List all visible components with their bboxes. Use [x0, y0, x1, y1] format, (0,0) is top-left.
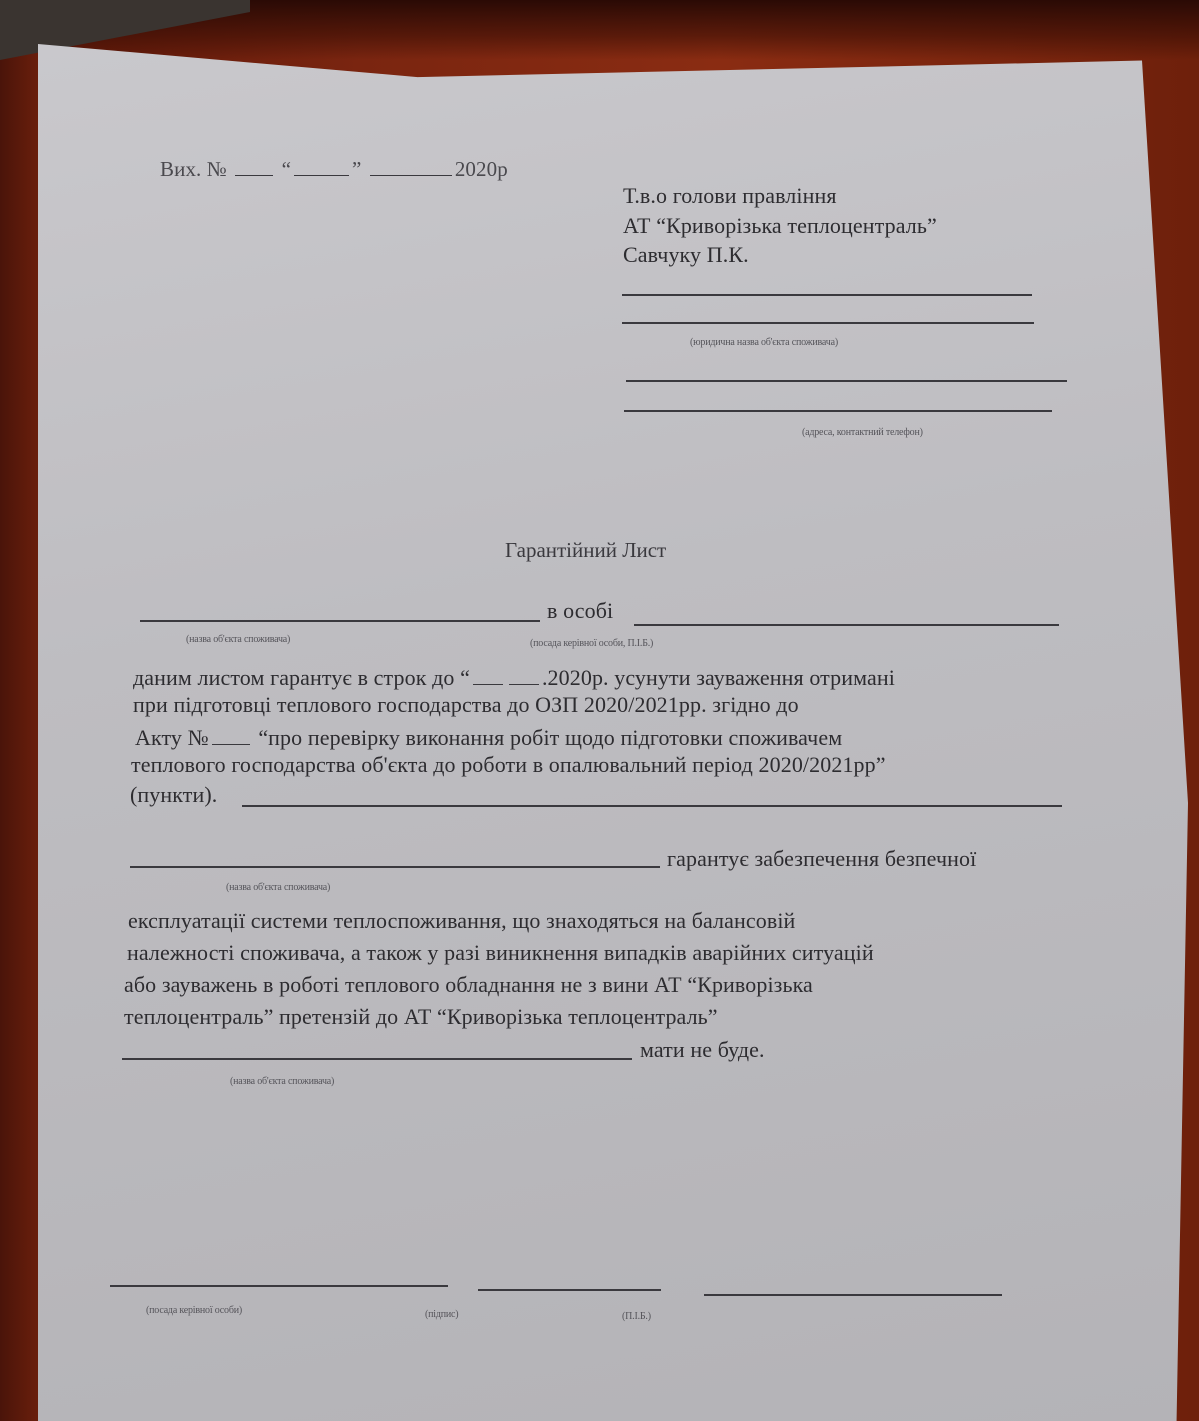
position-signature-hint: (посада керівної особи)	[146, 1305, 242, 1316]
addressee-line-2: АТ “Криворізька теплоцентраль”	[623, 213, 937, 239]
paragraph2-line-3: або зауважень в роботі теплового обладна…	[124, 972, 813, 998]
legal-name-hint: (юридична назва об'єкта споживача)	[690, 337, 838, 348]
object-name-field-3[interactable]	[122, 1058, 632, 1060]
paragraph1-line-1: даним листом гарантує в строк до “.2020р…	[133, 662, 895, 691]
address-hint: (адреса, контактний телефон)	[802, 427, 923, 438]
object-name-field-1[interactable]	[140, 620, 540, 622]
object-name-field-2[interactable]	[130, 866, 660, 868]
paragraph2-line-2: належності споживача, а також у разі вин…	[127, 940, 874, 966]
object-name-hint-3: (назва об'єкта споживача)	[230, 1076, 334, 1087]
legal-name-field-1[interactable]	[622, 294, 1032, 296]
act-number-field[interactable]	[212, 722, 250, 745]
legal-name-field-2[interactable]	[622, 322, 1034, 324]
outgoing-month-field[interactable]	[370, 154, 452, 176]
paragraph1-line-5: (пункти).	[130, 782, 217, 808]
position-signature-field[interactable]	[110, 1285, 448, 1287]
position-name-hint: (посада керівної особи, П.І.Б.)	[530, 638, 653, 649]
full-name-hint: (П.І.Б.)	[622, 1311, 651, 1322]
deadline-day-field[interactable]	[473, 662, 503, 685]
address-field-1[interactable]	[626, 380, 1067, 382]
points-field[interactable]	[242, 805, 1062, 807]
paragraph1-line-4: теплового господарства об'єкта до роботи…	[131, 752, 886, 778]
outgoing-day-field[interactable]	[294, 154, 349, 176]
guarantees-label: гарантує забезпечення безпечної	[667, 846, 976, 872]
desk-edge	[0, 0, 40, 1421]
object-name-hint-1: (назва об'єкта споживача)	[186, 634, 290, 645]
addressee-line-1: Т.в.о голови правління	[623, 183, 837, 209]
deadline-month-field[interactable]	[509, 662, 539, 685]
addressee-line-3: Савчуку П.К.	[623, 242, 749, 268]
object-name-hint-2: (назва об'єкта споживача)	[226, 882, 330, 893]
document-title: Гарантійний Лист	[505, 538, 666, 563]
full-name-field[interactable]	[704, 1294, 1002, 1296]
signature-field[interactable]	[478, 1289, 661, 1291]
signature-hint: (підпис)	[425, 1309, 458, 1320]
paragraph2-line-4: теплоцентраль” претензій до АТ “Криворіз…	[124, 1004, 718, 1030]
outgoing-number-field[interactable]	[235, 154, 273, 176]
paragraph1-line-2: при підготовці теплового господарства до…	[133, 692, 799, 718]
outgoing-year: 2020р	[455, 157, 508, 181]
address-field-2[interactable]	[624, 410, 1052, 412]
outgoing-number-line: Вих. № “” 2020р	[160, 154, 508, 182]
outgoing-label: Вих. №	[160, 157, 227, 181]
paragraph2-line-1: експлуатації системи теплоспоживання, що…	[128, 908, 795, 934]
in-person-label: в особі	[547, 598, 613, 624]
position-name-field[interactable]	[634, 624, 1059, 626]
will-not-have-label: мати не буде.	[640, 1037, 765, 1063]
paragraph1-line-3: Акту № “про перевірку виконання робіт що…	[135, 722, 842, 751]
